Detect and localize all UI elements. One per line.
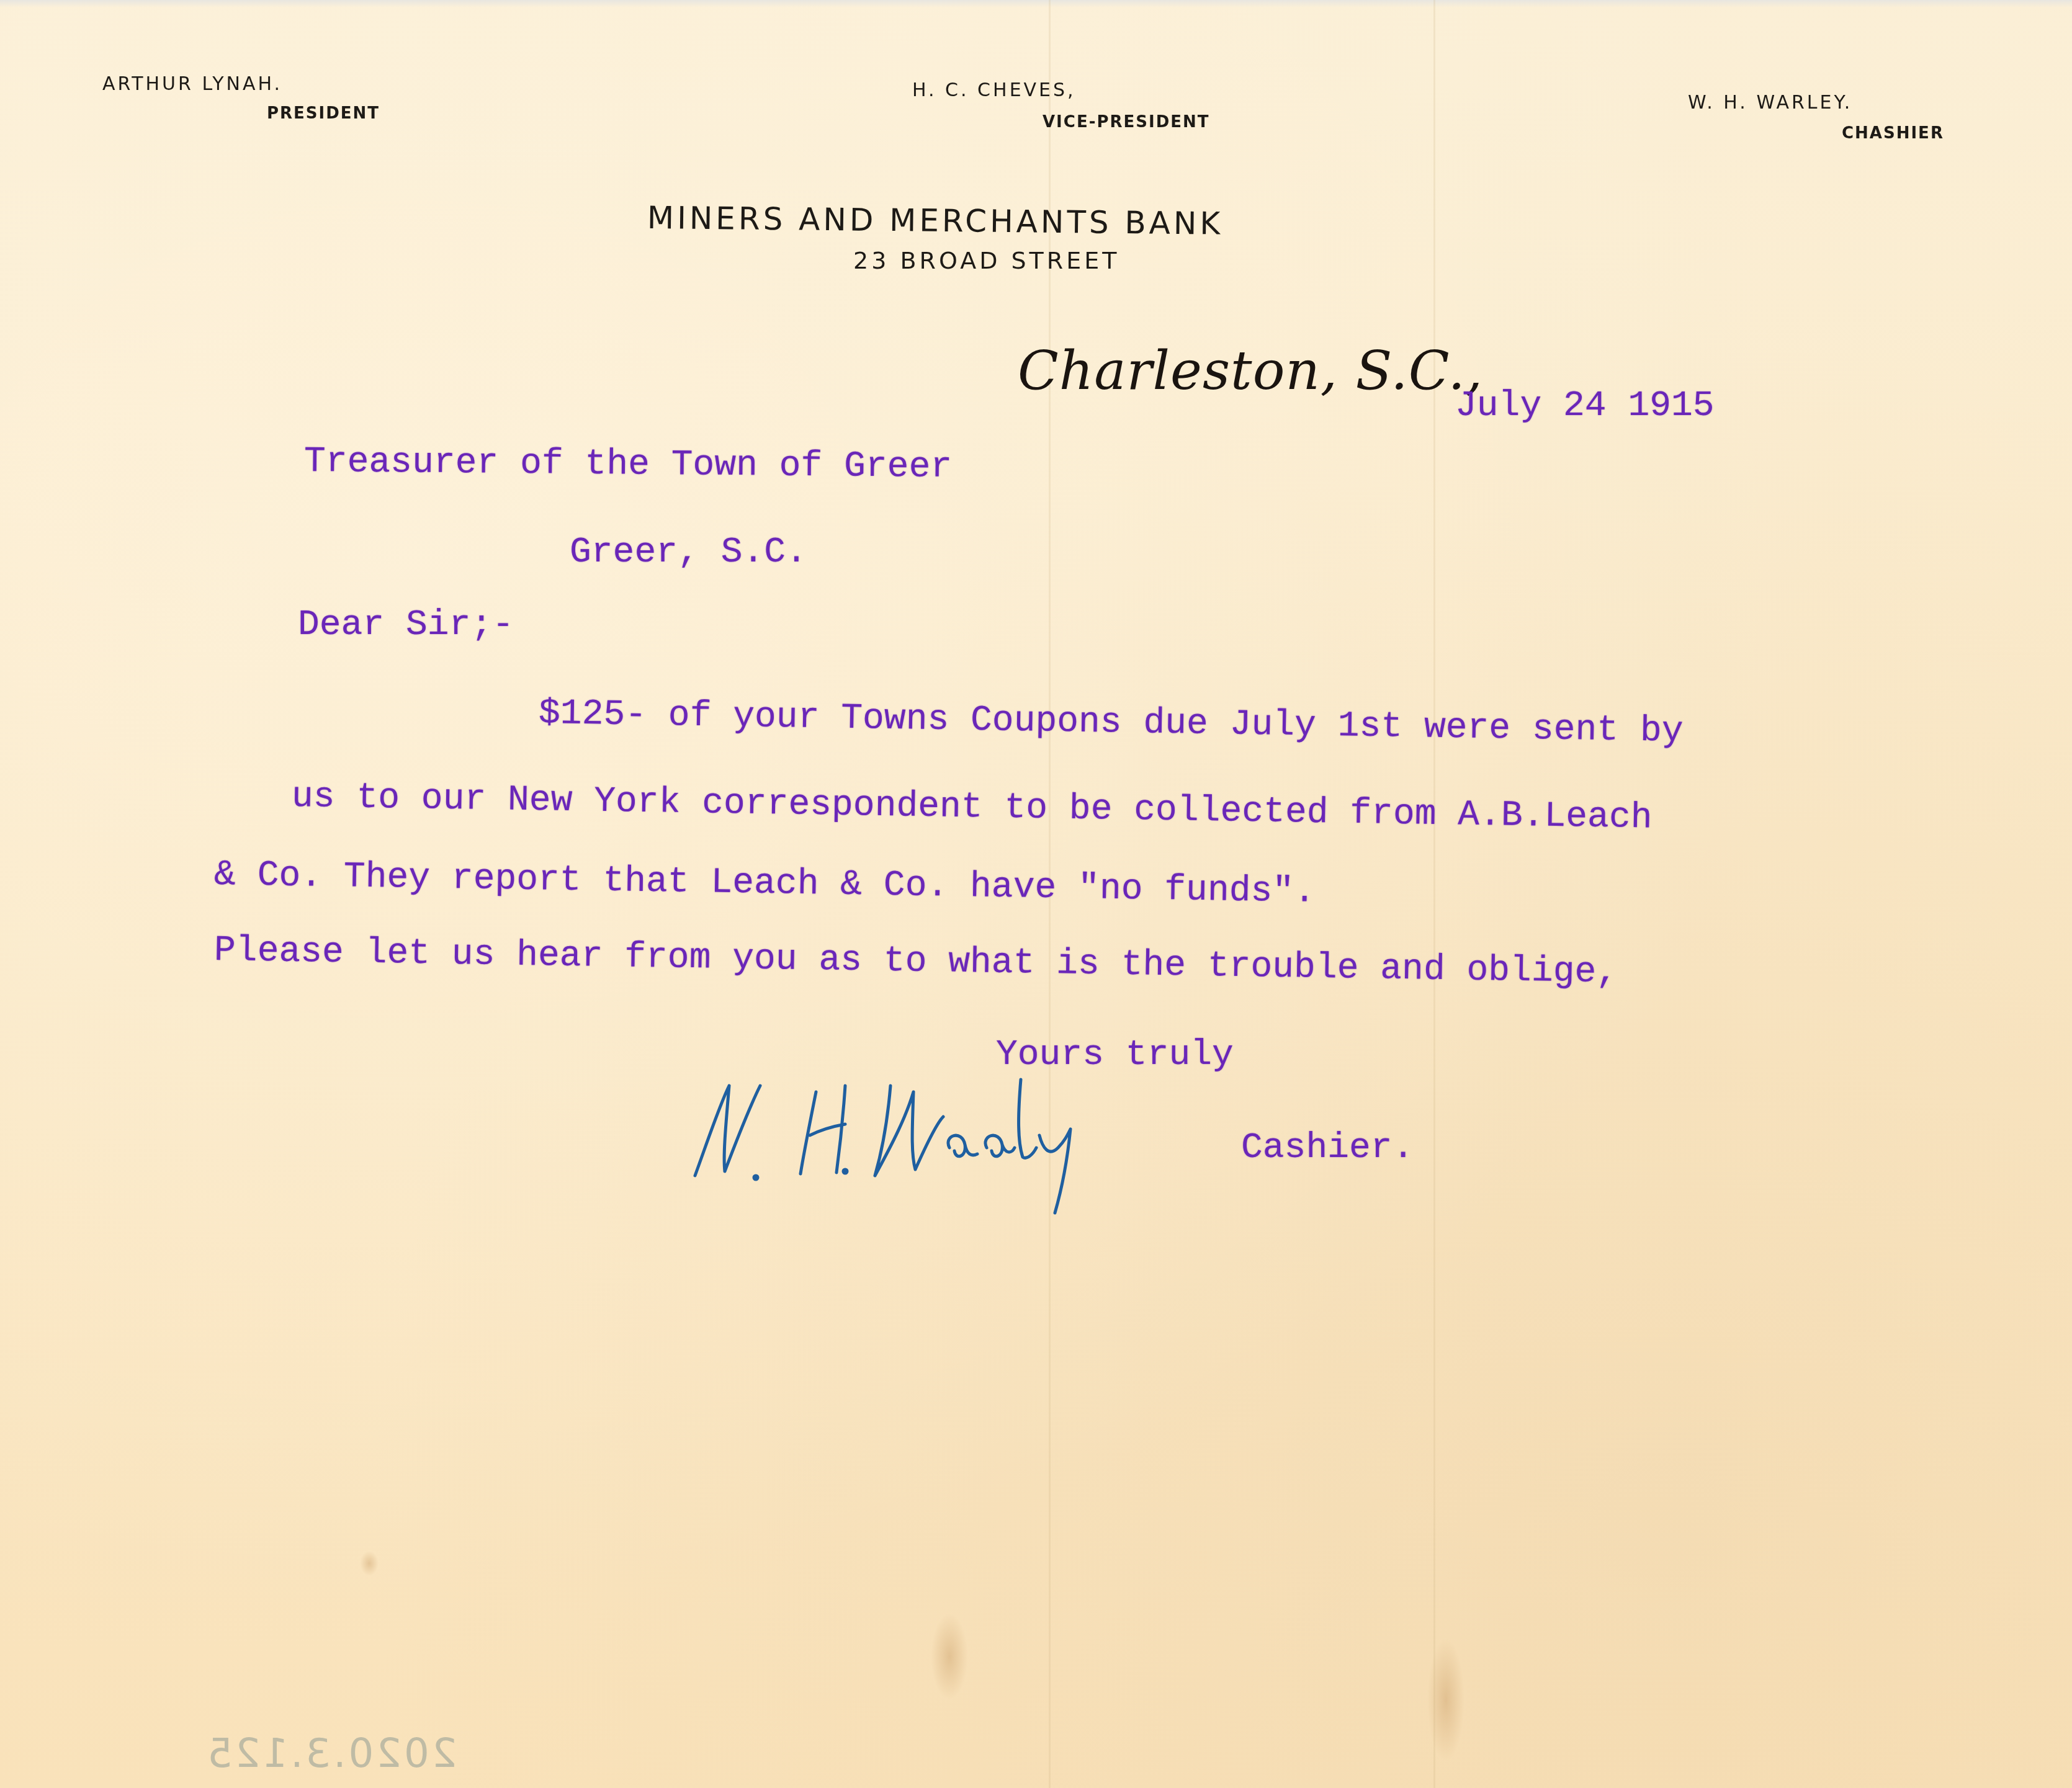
paper-stain bbox=[1427, 1638, 1464, 1762]
paper-top-edge bbox=[0, 0, 2072, 7]
signature-scribble-icon bbox=[683, 1067, 1191, 1216]
officer-president-name: ARTHUR LYNAH. bbox=[102, 73, 282, 95]
bank-address: 23 BROAD STREET bbox=[853, 247, 1119, 274]
handwritten-signature: W. H. Warley bbox=[683, 1067, 1191, 1219]
dateline-place: Charleston, S.C., bbox=[1018, 340, 1483, 402]
officer-cashier-name: W. H. WARLEY. bbox=[1688, 92, 1852, 114]
paper-stain bbox=[931, 1613, 968, 1700]
officer-vp-name: H. C. CHEVES, bbox=[912, 79, 1076, 101]
officer-vp-title: VICE-PRESIDENT bbox=[1043, 113, 1210, 132]
paper-stain bbox=[360, 1551, 379, 1576]
dateline-date: July 24 1915 bbox=[1455, 386, 1715, 426]
bank-name: MINERS AND MERCHANTS BANK bbox=[647, 200, 1224, 242]
officer-cashier-title: CHASHIER bbox=[1842, 124, 1944, 143]
recipient-line-2: Greer, S.C. bbox=[570, 532, 807, 573]
recipient-line-1: Treasurer of the Town of Greer bbox=[304, 442, 953, 488]
officer-president-title: PRESIDENT bbox=[267, 104, 380, 123]
fold-line bbox=[1433, 0, 1435, 1788]
accession-number: 2020.3.125 bbox=[205, 1731, 457, 1777]
salutation: Dear Sir;- bbox=[298, 605, 514, 645]
signer-title: Cashier. bbox=[1241, 1128, 1414, 1168]
